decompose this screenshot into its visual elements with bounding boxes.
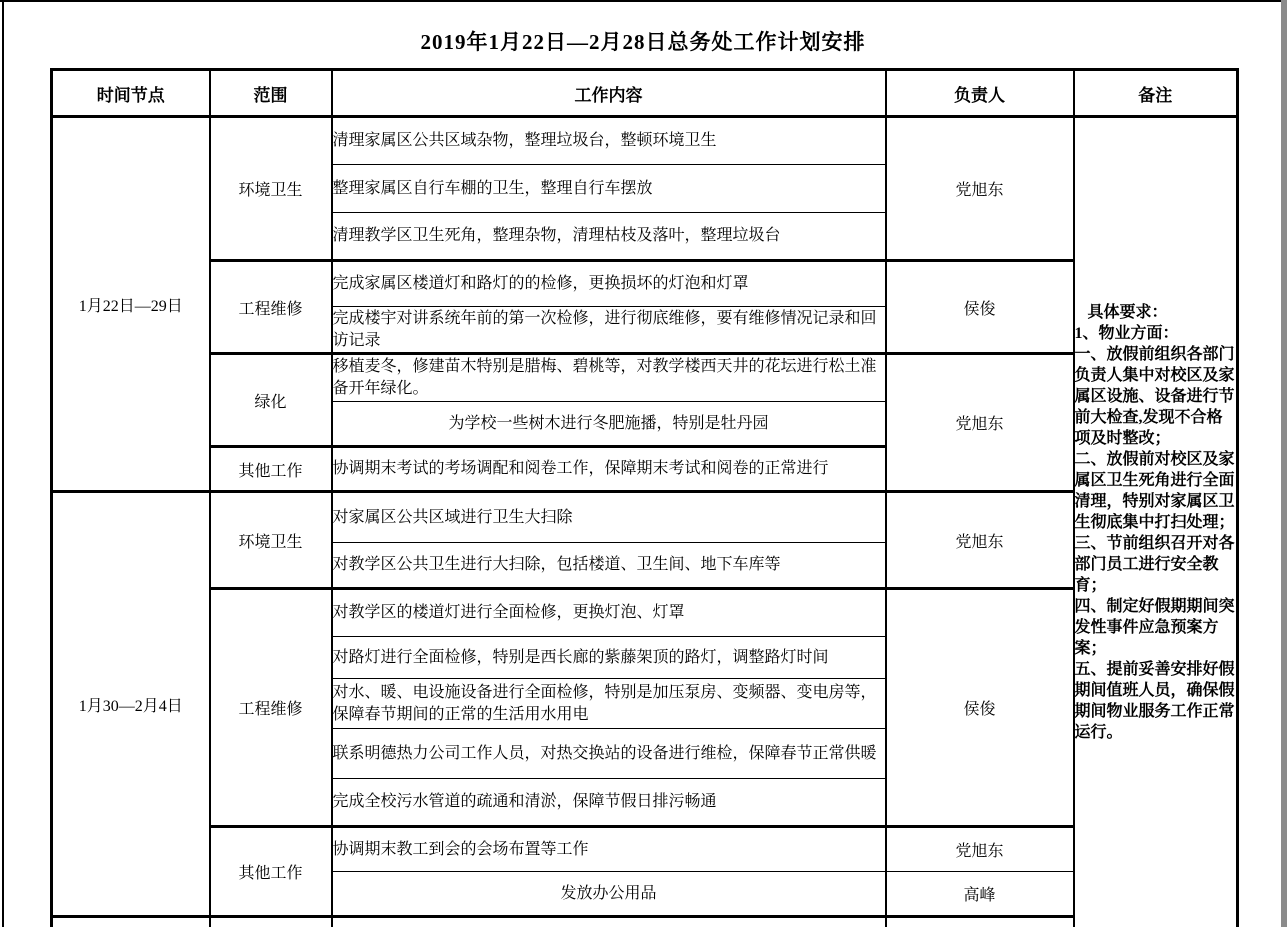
header-row: 时间节点 范围 工作内容 负责人 备注 (52, 70, 1238, 117)
time-cell-empty (52, 917, 210, 927)
column-header-owner: 负责人 (886, 70, 1074, 117)
remark-line: 三、节前组织召开对各部门员工进行安全教育； (1075, 533, 1237, 596)
time-cell: 1月22日—29日 (52, 117, 210, 492)
window-right-edge-bar (1281, 0, 1287, 927)
remark-line: 五、提前妥善安排好假期间值班人员，确保假期间物业服务工作正常运行。 (1075, 659, 1237, 743)
task-cell: 完成家属区楼道灯和路灯的的检修，更换损坏的灯泡和灯罩 (332, 261, 886, 307)
page-title: 2019年1月22日—2月28日总务处工作计划安排 (50, 26, 1236, 56)
owner-cell: 党旭东 (886, 354, 1074, 492)
work-plan-table: 时间节点 范围 工作内容 负责人 备注 1月22日—29日 环境卫生 清理家属区… (50, 68, 1239, 927)
remark-line: 具体要求： (1075, 302, 1237, 323)
scope-cell-empty (210, 917, 332, 927)
scope-cell: 其他工作 (210, 827, 332, 917)
column-header-content: 工作内容 (332, 70, 886, 117)
page-left-border (2, 0, 4, 927)
table-row: 绿化 移植麦冬，修建苗木特别是腊梅、碧桃等，对教学楼西天井的花坛进行松土准备开年… (52, 354, 1238, 402)
task-cell: 对教学区的楼道灯进行全面检修，更换灯泡、灯罩 (332, 589, 886, 637)
task-cell: 整理家属区自行车棚的卫生，整理自行车摆放 (332, 165, 886, 213)
task-cell: 为学校一些树木进行冬肥施播，特别是牡丹园 (332, 402, 886, 447)
owner-cell: 侯俊 (886, 589, 1074, 827)
task-cell: 完成楼宇对讲系统年前的第一次检修，进行彻底维修，要有维修情况记录和回访记录 (332, 307, 886, 354)
remark-line: 一、放假前组织各部门负责人集中对校区及家属区设施、设备进行节前大检查,发现不合格… (1075, 344, 1237, 449)
task-cell-empty (332, 917, 886, 927)
time-cell: 1月30—2月4日 (52, 492, 210, 917)
task-cell: 对教学区公共卫生进行大扫除，包括楼道、卫生间、地下车库等 (332, 543, 886, 589)
table-row: 工程维修 完成家属区楼道灯和路灯的的检修，更换损坏的灯泡和灯罩 侯俊 (52, 261, 1238, 307)
task-cell: 完成全校污水管道的疏通和清淤，保障节假日排污畅通 (332, 779, 886, 827)
owner-cell: 党旭东 (886, 492, 1074, 589)
scope-cell: 环境卫生 (210, 492, 332, 589)
task-cell: 移植麦冬，修建苗木特别是腊梅、碧桃等，对教学楼西天井的花坛进行松土准备开年绿化。 (332, 354, 886, 402)
task-cell: 发放办公用品 (332, 872, 886, 917)
task-cell: 联系明德热力公司工作人员，对热交换站的设备进行维检，保障春节正常供暖 (332, 729, 886, 779)
remark-line: 二、放假前对校区及家属区卫生死角进行全面清理，特别对家属区卫生彻底集中打扫处理； (1075, 449, 1237, 533)
table-row: 工程维修 对教学区的楼道灯进行全面检修，更换灯泡、灯罩 侯俊 (52, 589, 1238, 637)
owner-cell: 党旭东 (886, 117, 1074, 261)
table-row: 其他工作 协调期末教工到会的会场布置等工作 党旭东 (52, 827, 1238, 872)
column-header-remark: 备注 (1074, 70, 1238, 117)
task-cell: 对路灯进行全面检修，特别是西长廊的紫藤架顶的路灯，调整路灯时间 (332, 637, 886, 679)
task-cell: 清理家属区公共区域杂物，整理垃圾台，整顿环境卫生 (332, 117, 886, 165)
remark-line: 1、物业方面： (1075, 323, 1237, 344)
scope-cell: 绿化 (210, 354, 332, 447)
task-cell: 对水、暖、电设施设备进行全面检修，特别是加压泵房、变频器、变电房等，保障春节期间… (332, 679, 886, 729)
table-row-partial (52, 917, 1238, 927)
task-cell: 协调期末考试的考场调配和阅卷工作，保障期末考试和阅卷的正常进行 (332, 447, 886, 492)
owner-cell: 侯俊 (886, 261, 1074, 354)
owner-cell: 高峰 (886, 872, 1074, 917)
task-cell: 协调期末教工到会的会场布置等工作 (332, 827, 886, 872)
owner-cell: 党旭东 (886, 827, 1074, 872)
page-top-border (0, 0, 1281, 2)
task-cell: 对家属区公共区域进行卫生大扫除 (332, 492, 886, 543)
scope-cell: 环境卫生 (210, 117, 332, 261)
task-cell: 清理教学区卫生死角，整理杂物，清理枯枝及落叶，整理垃圾台 (332, 213, 886, 261)
scope-cell: 工程维修 (210, 261, 332, 354)
table-row: 1月22日—29日 环境卫生 清理家属区公共区域杂物，整理垃圾台，整顿环境卫生 … (52, 117, 1238, 165)
remark-line: 四、制定好假期期间突发性事件应急预案方案； (1075, 596, 1237, 659)
scope-cell: 工程维修 (210, 589, 332, 827)
owner-cell-empty (886, 917, 1074, 927)
scope-cell: 其他工作 (210, 447, 332, 492)
remark-cell: 具体要求： 1、物业方面： 一、放假前组织各部门负责人集中对校区及家属区设施、设… (1074, 117, 1238, 927)
column-header-scope: 范围 (210, 70, 332, 117)
table-row: 1月30—2月4日 环境卫生 对家属区公共区域进行卫生大扫除 党旭东 (52, 492, 1238, 543)
column-header-time: 时间节点 (52, 70, 210, 117)
